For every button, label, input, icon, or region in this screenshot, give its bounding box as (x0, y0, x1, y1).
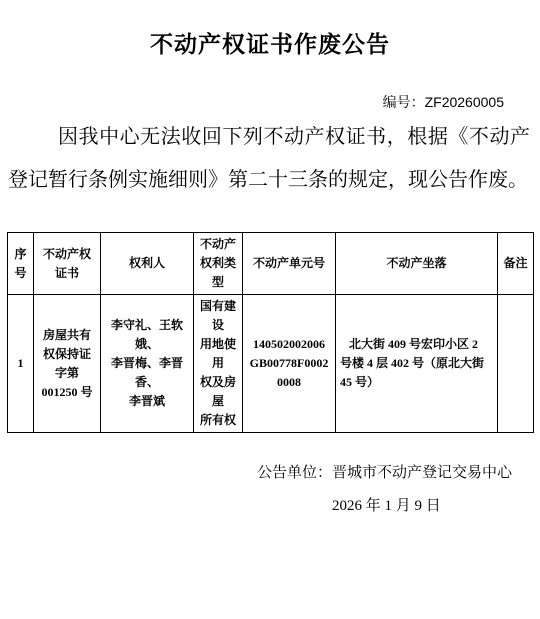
doc-number-line: 编号：ZF20260005 (0, 94, 540, 112)
cell-holders: 李守礼、王软娥、 李晋梅、李晋香、 李晋斌 (101, 295, 194, 433)
doc-number-label: 编号： (383, 96, 425, 111)
header-right-type: 不动产 权利类型 (194, 233, 243, 295)
cell-location: 北大街 409 号宏印小区 2 号楼 4 层 402 号（原北大街 45 号） (336, 295, 498, 433)
notice-body-paragraph: 因我中心无法收回下列不动产权证书，根据《不动产登记暂行条例实施细则》第二十三条的… (8, 116, 530, 202)
date-line: 2026 年 1 月 9 日 (332, 497, 540, 516)
cell-right-type: 国有建设 用地使用 权及房屋 所有权 (194, 295, 243, 433)
header-remark: 备注 (498, 233, 534, 295)
cell-certificate: 房屋共有 权保持证 字第 001250 号 (34, 295, 101, 433)
invalidated-certificates-table: 序号 不动产权 证书 权利人 不动产 权利类型 不动产单元号 不动产坐落 备注 … (7, 232, 534, 433)
header-certificate: 不动产权 证书 (34, 233, 101, 295)
table-row: 1 房屋共有 权保持证 字第 001250 号 李守礼、王软娥、 李晋梅、李晋香… (8, 295, 534, 433)
header-location: 不动产坐落 (336, 233, 498, 295)
issuer-line: 公告单位：晋城市不动产登记交易中心 (257, 464, 540, 483)
header-holders: 权利人 (101, 233, 194, 295)
cell-remark (498, 295, 534, 433)
notice-document-page: 不动产权证书作废公告 编号：ZF20260005 因我中心无法收回下列不动产权证… (0, 0, 540, 619)
table-header-row: 序号 不动产权 证书 权利人 不动产 权利类型 不动产单元号 不动产坐落 备注 (8, 233, 534, 295)
header-unit-number: 不动产单元号 (243, 233, 336, 295)
header-seq: 序号 (8, 233, 34, 295)
cell-unit-number: 140502002006 GB00778F0002 0008 (243, 295, 336, 433)
doc-number-value: ZF20260005 (425, 94, 504, 110)
cell-seq: 1 (8, 295, 34, 433)
page-title: 不动产权证书作废公告 (0, 0, 540, 59)
